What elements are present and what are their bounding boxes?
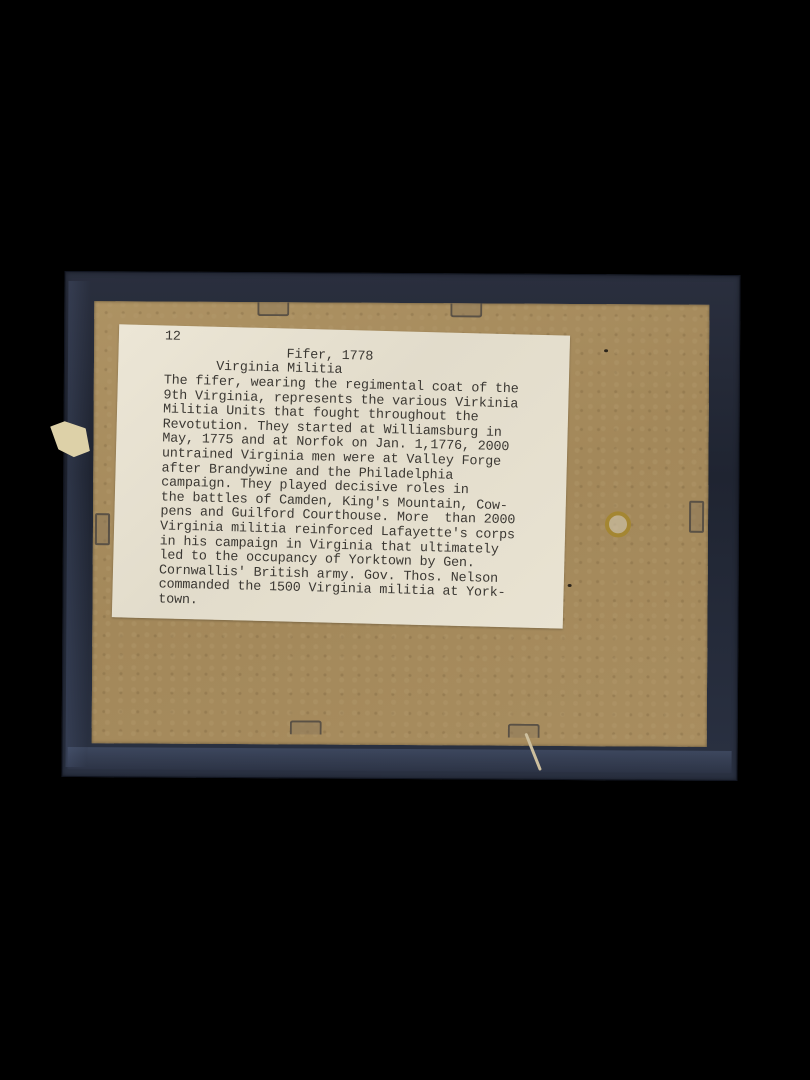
label-body: The fifer, wearing the regimental coat o… (158, 374, 519, 616)
frame-clip (689, 501, 704, 533)
typewritten-label: 12 Fifer, 1778 Virginia Militia The fife… (112, 324, 570, 628)
label-number: 12 (165, 330, 181, 345)
frame-clip (257, 302, 289, 316)
frame-clip (450, 303, 482, 317)
frame-clip (95, 513, 110, 545)
picture-frame: 12 Fifer, 1778 Virginia Militia The fife… (61, 271, 740, 781)
frame-clip (508, 724, 540, 738)
tape-fragment (47, 412, 96, 463)
board-spot (604, 349, 608, 352)
board-spot (568, 584, 572, 587)
backing-board: 12 Fifer, 1778 Virginia Militia The fife… (92, 301, 710, 747)
frame-clip (290, 720, 322, 734)
hanger-ring (605, 511, 631, 537)
